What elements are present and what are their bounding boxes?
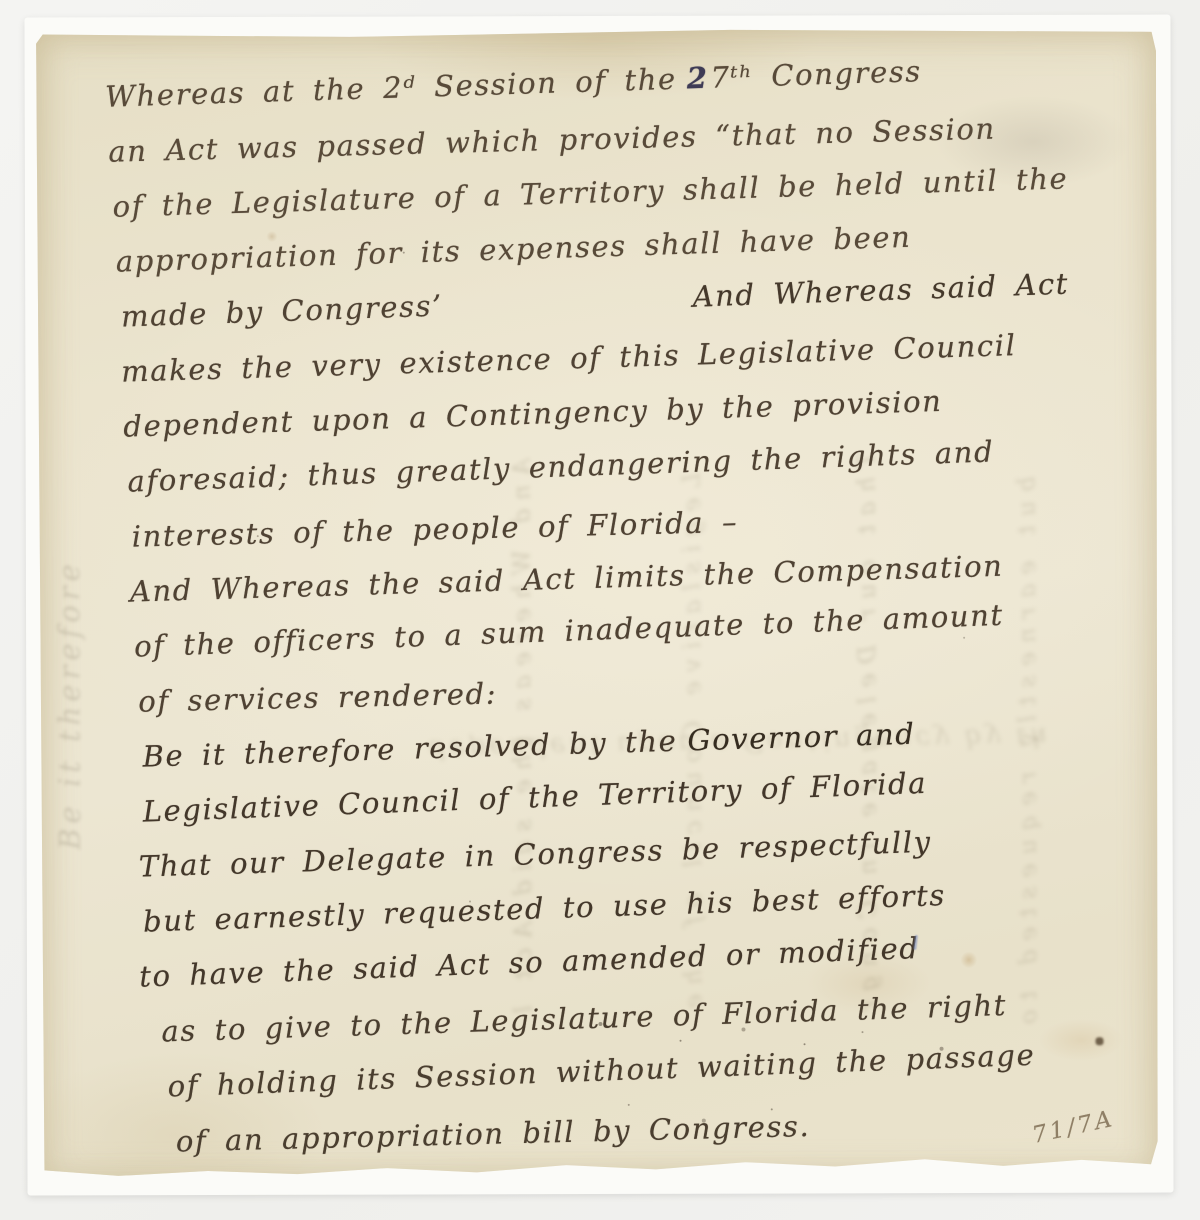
scan-background: And Whereas the said Act limits the Comp… [0,0,1200,1220]
manuscript-text-segment: 2 [686,51,709,107]
manuscript-text-segment: made by Congress’ [120,278,444,344]
manuscript-text-segment: 7ᵗʰ Congress [710,44,923,106]
manuscript-text-segment: And Whereas said Act [692,257,1070,325]
manuscript-page: And Whereas the said Act limits the Comp… [36,26,1160,1182]
manuscript-lines: Whereas at the 2ᵈ Session of the27ᵗʰ Con… [36,66,1140,1170]
